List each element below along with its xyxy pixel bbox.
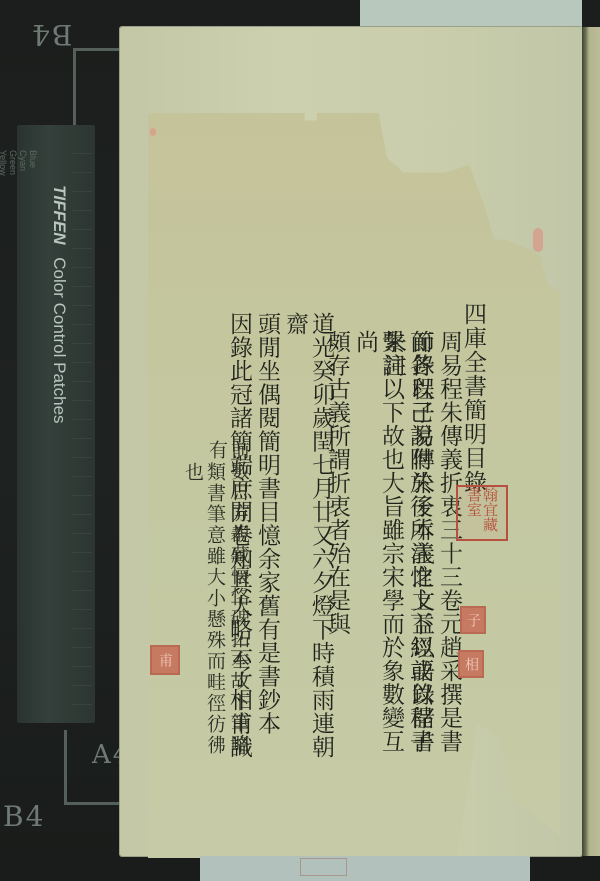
seal-small: 甫	[150, 645, 180, 675]
text-column-6: 道光癸卯歲閏七月廿又六夕燈下時積雨連朝齋	[282, 312, 334, 760]
patch-label: Yellow	[0, 150, 8, 710]
color-control-strip: Blue Cyan Green Yellow Red Magenta White…	[17, 125, 95, 723]
text-column-7: 頭閒坐偶閱簡明書目憶余家舊有是書鈔本	[254, 312, 280, 735]
seal-small: 相	[458, 650, 484, 678]
patch-labels: Blue Cyan Green Yellow Red Magenta White…	[20, 150, 38, 710]
note-column-2: 類書筆意雖大小懸殊而畦徑彷彿也	[182, 462, 226, 760]
faint-seal-mark	[300, 858, 347, 876]
strip-ticks	[72, 135, 92, 715]
patch-label: Cyan	[18, 150, 28, 710]
patch-label: Blue	[28, 150, 38, 710]
red-stain	[533, 228, 543, 252]
patch-label: Green	[8, 150, 18, 710]
tiffen-logo: TIFFEN	[50, 185, 69, 245]
collector-seal-large: 翰宜藏書室	[456, 485, 508, 541]
text-column-1: 周易程朱傳義折衷三十三卷元趙采撰是書	[436, 330, 462, 753]
text-column-4: 繫詞以下故也大旨雖宗宋學而於象數變互尚	[352, 330, 404, 760]
red-stain	[150, 128, 156, 136]
adjacent-page-edge	[582, 27, 600, 856]
seal-small: 子	[460, 606, 486, 634]
backing-sheet-top	[360, 0, 582, 28]
strip-title: Color Control Patches	[50, 257, 69, 423]
grid-label-bottom: B4	[3, 800, 45, 833]
grid-label-top: B4	[30, 18, 72, 51]
text-title-column: 四庫全書簡明目錄	[460, 302, 486, 494]
backing-sheet-bottom	[200, 856, 530, 881]
strip-brand-text: TIFFEN Color Control Patches	[39, 185, 69, 615]
